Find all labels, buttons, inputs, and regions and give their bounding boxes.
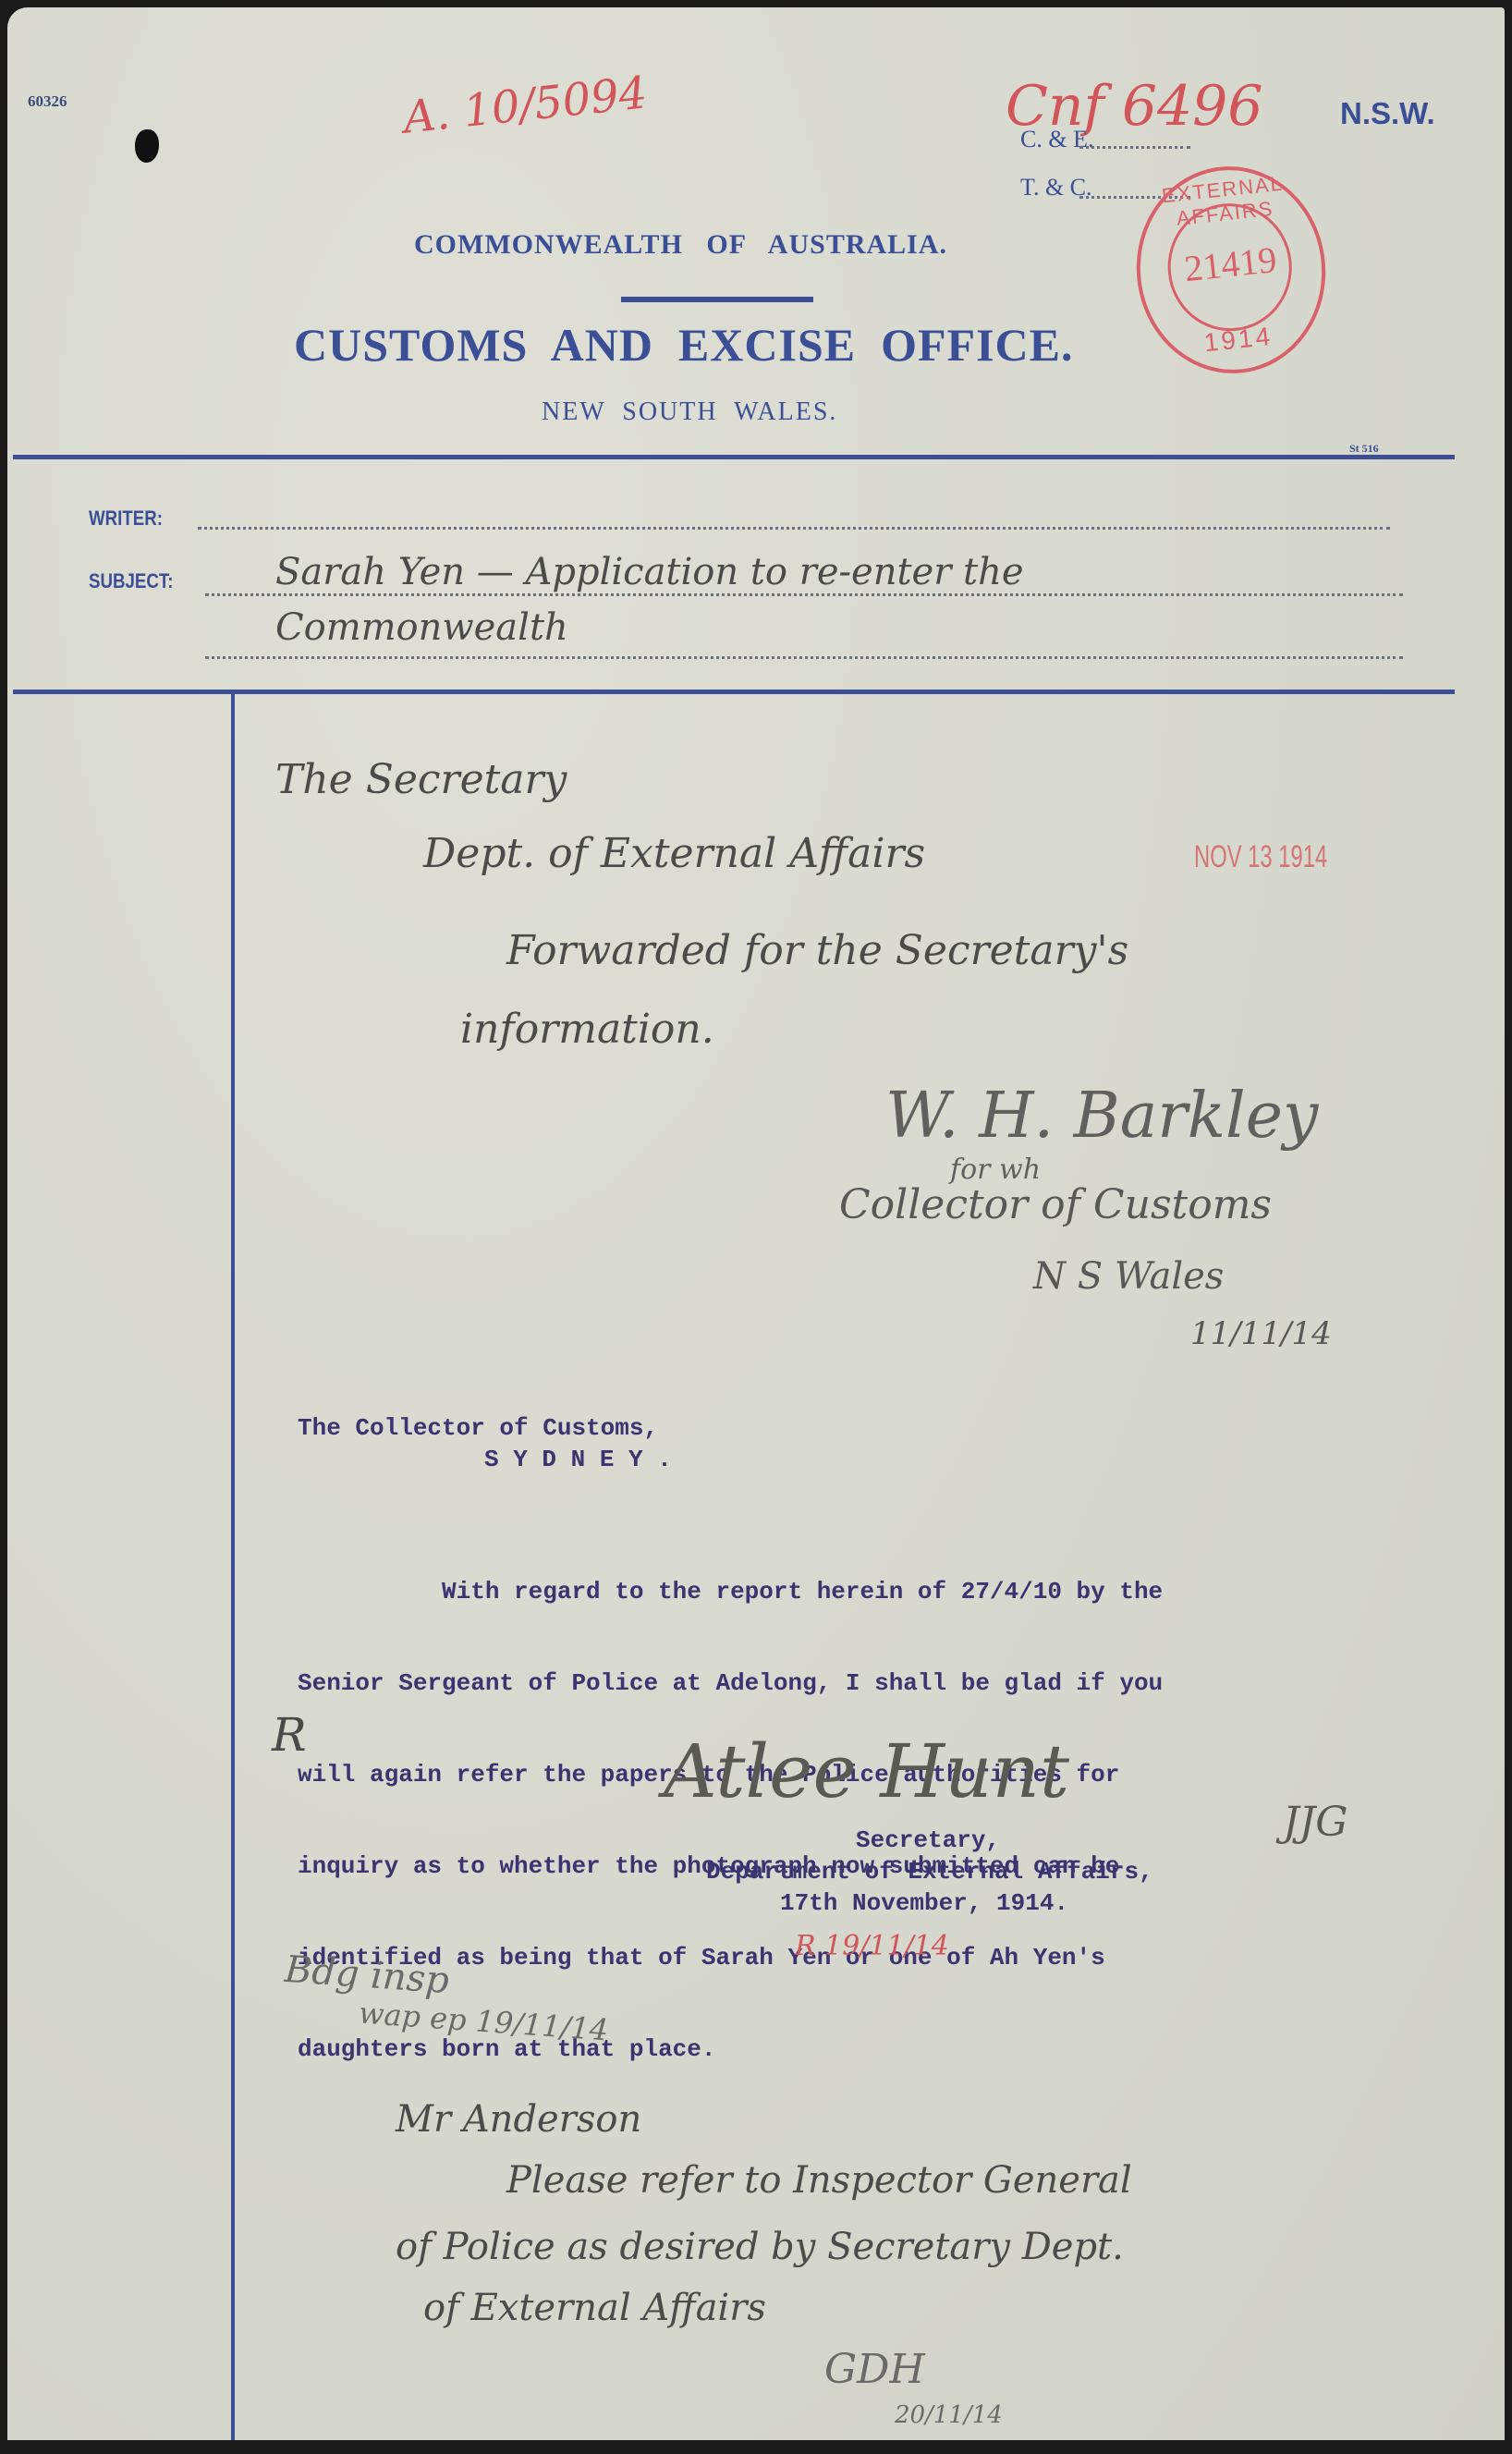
collector-title: Collector of Customs xyxy=(839,1181,1272,1228)
stamp-ring-text: EXTERNAL AFFAIRS xyxy=(1131,168,1316,235)
minute2-initials: GDH xyxy=(824,2346,925,2393)
secretary-signature: Atlee Hunt xyxy=(664,1728,1069,1814)
typed-line: Senior Sergeant of Police at Adelong, I … xyxy=(298,1668,1163,1699)
minute1-addressee: The Secretary xyxy=(275,756,567,803)
writer-field[interactable] xyxy=(198,527,1390,530)
document-page: 60326 A. 10/5094 Cnf 6496 N.S.W. C. & E.… xyxy=(7,7,1505,2440)
minute1-body-cont: information. xyxy=(460,1006,714,1053)
received-note: R 19/11/14 xyxy=(795,1930,949,1962)
header-rule xyxy=(13,455,1455,459)
typed-line: With regard to the report herein of 27/4… xyxy=(298,1577,1163,1607)
subject-value-line2: Commonwealth xyxy=(275,606,568,649)
external-affairs-stamp: EXTERNAL AFFAIRS 21419 1914 xyxy=(1127,157,1335,383)
writer-label: WRITER: xyxy=(89,507,163,531)
minute2-body3: of External Affairs xyxy=(423,2287,766,2329)
region-code: N.S.W. xyxy=(1340,96,1435,131)
typed-city: S Y D N E Y . xyxy=(484,1446,672,1473)
typed-addressee: The Collector of Customs, xyxy=(298,1414,658,1442)
collector-date: 11/11/14 xyxy=(1190,1315,1332,1352)
stamp-number: 21419 xyxy=(1138,233,1323,295)
field-ce-label: C. & E. xyxy=(1020,126,1093,153)
minute2-date: 20/11/14 xyxy=(895,2401,1003,2429)
collector-signature: W. H. Barkley xyxy=(885,1080,1318,1153)
minute2-body1: Please refer to Inspector General xyxy=(506,2159,1132,2202)
subject-label: SUBJECT: xyxy=(89,569,173,593)
sign-department: Department of External Affairs, xyxy=(706,1858,1153,1886)
heading-state: NEW SOUTH WALES. xyxy=(542,397,837,427)
heading-divider xyxy=(621,297,813,302)
minute1-dept: Dept. of External Affairs xyxy=(423,830,925,877)
subject-value-line1: Sarah Yen — Application to re-enter the xyxy=(275,551,1024,593)
minute2-body2: of Police as desired by Secretary Dept. xyxy=(396,2226,1124,2268)
sign-date: 17th November, 1914. xyxy=(780,1889,1068,1917)
form-number: 60326 xyxy=(28,92,67,111)
heading-office: CUSTOMS AND EXCISE OFFICE. xyxy=(294,318,1074,372)
punch-hole xyxy=(135,129,159,163)
minute2-addressee: Mr Anderson xyxy=(396,2098,641,2141)
file-reference-red: A. 10/5094 xyxy=(401,67,650,143)
subject-field-line1[interactable] xyxy=(205,593,1403,596)
typed-line: daughters born at that place. xyxy=(298,2034,1163,2065)
collector-state: N S Wales xyxy=(1033,1255,1224,1298)
body-top-rule xyxy=(13,690,1455,694)
margin-rule xyxy=(231,691,235,2440)
secretary-initials: JJG xyxy=(1283,1799,1347,1846)
subject-field-line2[interactable] xyxy=(205,656,1403,659)
sign-title: Secretary, xyxy=(856,1826,1000,1854)
form-code: St 516 xyxy=(1349,442,1379,456)
minute1-body: Forwarded for the Secretary's xyxy=(506,927,1128,974)
field-ce-line xyxy=(1079,146,1190,149)
received-date-stamp: NOV 13 1914 xyxy=(1194,839,1327,875)
initial-mark: R xyxy=(272,1708,307,1762)
heading-commonwealth: COMMONWEALTH OF AUSTRALIA. xyxy=(414,229,947,261)
